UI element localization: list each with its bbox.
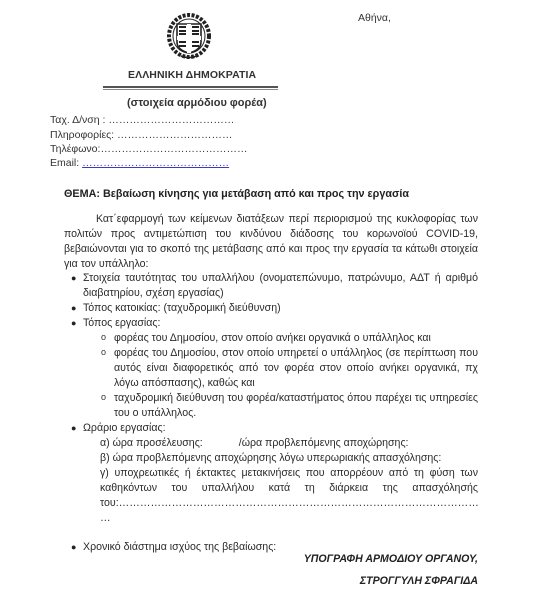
sub-bullet-icon: o	[101, 332, 106, 342]
hours-ellipsis: …	[100, 511, 478, 526]
list-item-identity: Στοιχεία ταυτότητας του υπαλλήλου (ονομα…	[83, 271, 478, 301]
hours-mandatory-movements-fill[interactable]: του:…………………………………………………………………………………………………	[100, 496, 478, 511]
hours-overtime: β) ώρα προβλεπόμενης αποχώρησης λόγω υπε…	[100, 451, 478, 466]
list-item-residence: Τόπος κατοικίας: (ταχυδρομική διεύθυνση)	[83, 301, 478, 316]
greek-coat-of-arms-icon	[166, 12, 212, 60]
field-email: Email: ……………………………………	[50, 157, 229, 169]
field-value[interactable]: ……………………………………	[100, 143, 247, 155]
signature-stamp: ΣΤΡΟΓΓΥΛΗ ΣΦΡΑΓΙΔΑ	[360, 575, 478, 587]
field-address: Ταχ. Δ/νση : ………………………………	[50, 114, 234, 126]
field-label: Email:	[50, 157, 82, 169]
arrival-label: α) ώρα προσέλευσης:	[100, 437, 203, 449]
sub-item-serving-body: φορέας του Δημοσίου, στον οποίο υπηρετεί…	[114, 346, 478, 391]
place-date: Αθήνα,	[358, 12, 391, 24]
sub-item-postal-address: ταχυδρομική διεύθυνση του φορέα/καταστήμ…	[114, 391, 478, 421]
field-label: Πληροφορίες:	[50, 129, 117, 141]
issuing-body-placeholder: (στοιχεία αρμόδιου φορέα)	[127, 97, 267, 109]
bullet-icon: ●	[71, 423, 76, 433]
bullet-icon: ●	[71, 303, 76, 313]
sub-item-organic-body: φορέας του Δημοσίου, στον οποίο ανήκει ο…	[114, 331, 478, 346]
sub-bullet-icon: o	[101, 392, 106, 402]
issuer-heading: ΕΛΛΗΝΙΚΗ ΔΗΜΟΚΡΑΤΙΑ	[128, 69, 256, 81]
sub-bullet-icon: o	[101, 347, 106, 357]
bullet-icon: ●	[71, 273, 76, 283]
signature-authority: ΥΠΟΓΡΑΦΗ ΑΡΜΟΔΙΟΥ ΟΡΓΑΝΟΥ,	[304, 553, 478, 565]
hours-mandatory-movements: γ) υποχρεωτικές ή έκτακτες μετακινήσεις …	[100, 466, 478, 496]
field-label: Τηλέφωνο:	[50, 143, 100, 155]
hours-arrival-departure: α) ώρα προσέλευσης:/ώρα προβλεπόμενης απ…	[100, 436, 478, 451]
subject-line: ΘΕΜΑ: Βεβαίωση κίνησης για μετάβαση από …	[64, 188, 409, 200]
list-item-workplace: Τόπος εργασίας:	[83, 316, 478, 331]
bullet-icon: ●	[71, 318, 76, 328]
header-divider	[103, 86, 278, 88]
bullet-icon: ●	[71, 542, 76, 552]
field-phone: Τηλέφωνο:……………………………………	[50, 143, 247, 155]
field-label: Ταχ. Δ/νση :	[50, 114, 108, 126]
field-information: Πληροφορίες: ……………………………	[50, 129, 233, 141]
departure-label: /ώρα προβλεπόμενης αποχώρησης:	[239, 437, 409, 449]
field-value[interactable]: ……………………………	[117, 129, 233, 141]
list-item-hours: Ωράριο εργασίας:	[83, 421, 478, 436]
field-value[interactable]: ………………………………	[108, 114, 234, 126]
intro-paragraph: Κατ΄εφαρμογή των κείμενων διατάξεων περί…	[64, 212, 478, 272]
header-divider-thin	[103, 89, 278, 90]
email-link[interactable]: ……………………………………	[82, 157, 229, 169]
